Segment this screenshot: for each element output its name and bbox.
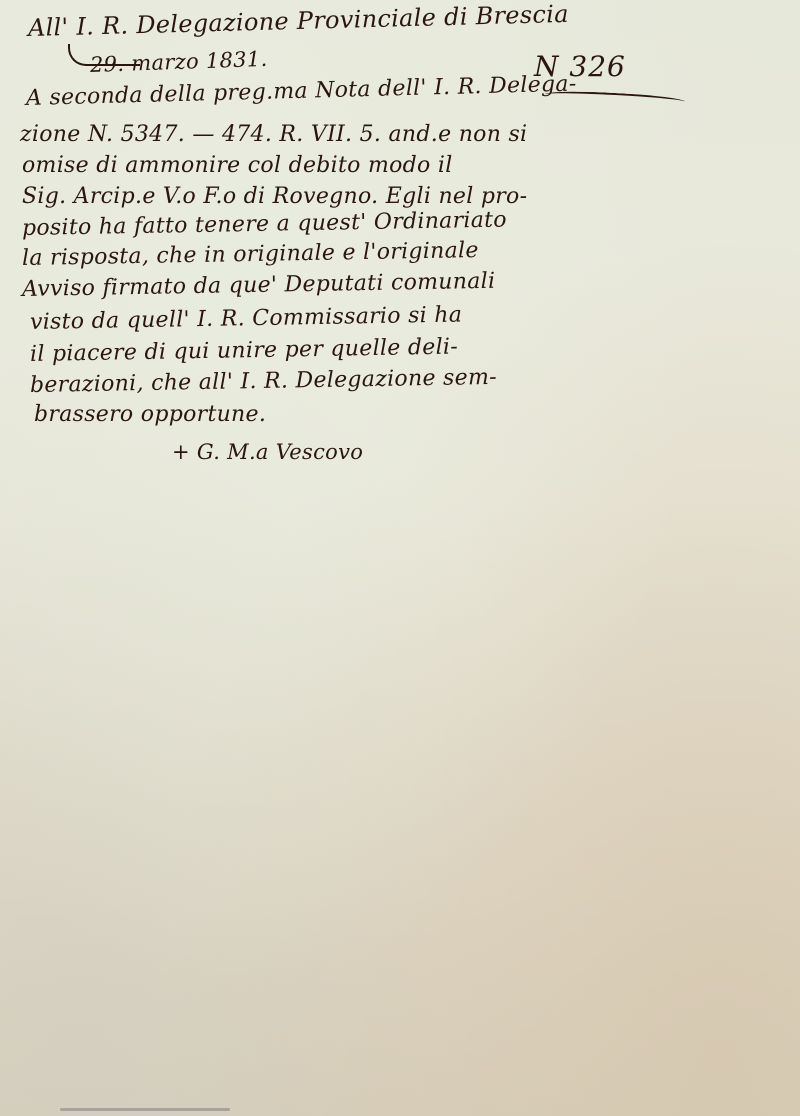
body-line: A seconda della preg.ma Nota dell' I. R.… [26, 72, 577, 111]
body-line: il piacere di qui unire per quelle deli- [30, 335, 458, 367]
body-line: visto da quell' I. R. Commissario si ha [30, 302, 463, 335]
body-line: posito ha fatto tenere a quest' Ordinari… [22, 208, 507, 241]
signature: + G. M.a Vescovo [172, 440, 363, 464]
body-line: Avviso firmato da que' Deputati comunali [22, 269, 496, 302]
document-date: 29. marzo 1831. [90, 47, 268, 77]
document-heading: All' I. R. Delegazione Provinciale di Br… [28, 0, 570, 42]
body-line: omise di ammonire col debito modo il [22, 153, 453, 178]
manuscript-page: All' I. R. Delegazione Provinciale di Br… [0, 0, 800, 1116]
body-line: berazioni, che all' I. R. Delegazione se… [30, 365, 497, 398]
body-line: brassero opportune. [34, 402, 266, 427]
body-line: Sig. Arcip.e V.o F.o di Rovegno. Egli ne… [22, 184, 527, 209]
body-line: la risposta, che in originale e l'origin… [22, 238, 479, 271]
body-line: zione N. 5347. — 474. R. VII. 5. and.e n… [20, 122, 527, 147]
page-edge-mark [60, 1108, 230, 1111]
